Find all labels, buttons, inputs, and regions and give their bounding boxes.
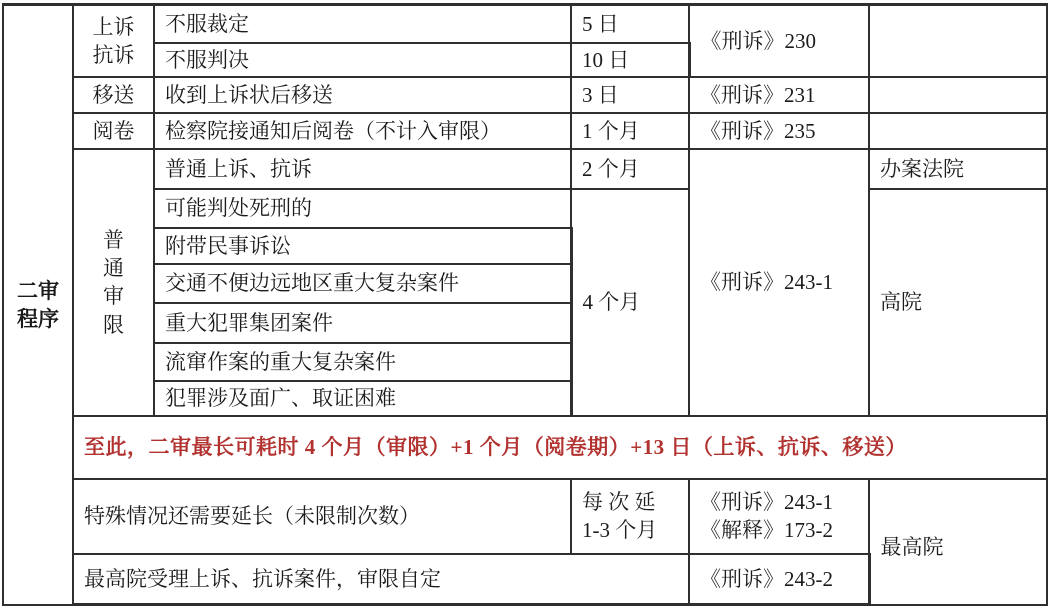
duration-file-review: 1 个月 <box>571 113 689 149</box>
desc-remote-area: 交通不便边远地区重大复杂案件 <box>154 264 571 303</box>
row-appeal-ruling: 二审 程序 上诉 抗诉 不服裁定 5 日 《刑诉》230 <box>3 5 1047 43</box>
basis-supreme-case: 《刑诉》243-2 <box>689 554 869 605</box>
court-file-review-empty <box>869 113 1047 149</box>
row-summary: 至此，二审最长可耗时 4 个月（审限）+1 个月（阅卷期）+13 日（上诉、抗诉… <box>3 416 1047 479</box>
basis-appeal: 《刑诉》230 <box>689 5 869 77</box>
desc-civil-action: 附带民事诉讼 <box>154 228 571 264</box>
row-file-review: 阅卷 检察院接通知后阅卷（不计入审限） 1 个月 《刑诉》235 <box>3 113 1047 149</box>
basis-transfer: 《刑诉》231 <box>689 77 869 113</box>
duration-against-judgment: 10 日 <box>571 43 689 77</box>
category-transfer: 移送 <box>73 77 154 113</box>
duration-against-ruling: 5 日 <box>571 5 689 43</box>
basis-ordinary: 《刑诉》243-1 <box>689 149 869 416</box>
duration-special-extension: 每 次 延 1-3 个月 <box>571 479 689 554</box>
row-special-extension: 特殊情况还需要延长（未限制次数） 每 次 延 1-3 个月 《刑诉》243-1 … <box>3 479 1047 554</box>
desc-wide-scope: 犯罪涉及面广、取证困难 <box>154 381 571 416</box>
basis-special-extension: 《刑诉》243-1 《解释》173-2 <box>689 479 869 554</box>
category-ordinary-limit: 普 通 审 限 <box>73 149 154 416</box>
desc-against-judgment: 不服判决 <box>154 43 571 77</box>
court-high: 高院 <box>869 189 1047 416</box>
court-transfer-empty <box>869 77 1047 113</box>
desc-against-ruling: 不服裁定 <box>154 5 571 43</box>
row-ordinary-normal: 普 通 审 限 普通上诉、抗诉 2 个月 《刑诉》243-1 办案法院 <box>3 149 1047 189</box>
desc-supreme-case: 最高院受理上诉、抗诉案件，审限自定 <box>73 554 689 605</box>
duration-extended: 4 个月 <box>571 189 689 416</box>
desc-death-penalty: 可能判处死刑的 <box>154 189 571 228</box>
desc-file-review: 检察院接通知后阅卷（不计入审限） <box>154 113 571 149</box>
desc-special-extension: 特殊情况还需要延长（未限制次数） <box>73 479 571 554</box>
duration-transfer: 3 日 <box>571 77 689 113</box>
desc-transfer: 收到上诉状后移送 <box>154 77 571 113</box>
row-transfer: 移送 收到上诉状后移送 3 日 《刑诉》231 <box>3 77 1047 113</box>
court-appeal-empty <box>869 5 1047 77</box>
second-instance-timeline-table: 二审 程序 上诉 抗诉 不服裁定 5 日 《刑诉》230 不服判决 10 日 移… <box>2 3 1048 606</box>
desc-criminal-group: 重大犯罪集团案件 <box>154 303 571 343</box>
row-death-penalty: 可能判处死刑的 4 个月 高院 <box>3 189 1047 228</box>
desc-mobile-crime: 流窜作案的重大复杂案件 <box>154 343 571 381</box>
second-instance-procedure-page: 二审 程序 上诉 抗诉 不服裁定 5 日 《刑诉》230 不服判决 10 日 移… <box>0 0 1048 609</box>
court-handling: 办案法院 <box>869 149 1047 189</box>
summary-text: 至此，二审最长可耗时 4 个月（审限）+1 个月（阅卷期）+13 日（上诉、抗诉… <box>73 416 1047 479</box>
desc-ordinary-appeal: 普通上诉、抗诉 <box>154 149 571 189</box>
basis-file-review: 《刑诉》235 <box>689 113 869 149</box>
category-file-review: 阅卷 <box>73 113 154 149</box>
category-appeal-protest: 上诉 抗诉 <box>73 5 154 77</box>
duration-ordinary-appeal: 2 个月 <box>571 149 689 189</box>
court-supreme: 最高院 <box>869 479 1047 605</box>
stage-label: 二审 程序 <box>3 5 73 605</box>
